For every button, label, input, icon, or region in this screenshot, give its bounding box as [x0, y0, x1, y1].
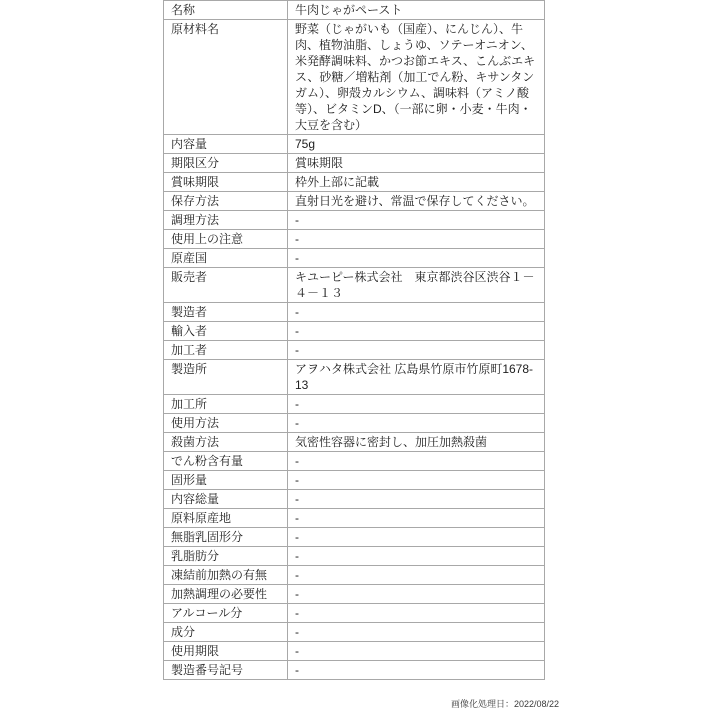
row-label: 使用期限 [164, 642, 288, 661]
row-label: 製造者 [164, 303, 288, 322]
table-row: 販売者 キユーピー株式会社 東京都渋谷区渋谷１－４－１３ [164, 268, 545, 303]
row-value: - [288, 414, 545, 433]
row-value: - [288, 395, 545, 414]
row-label: 成分 [164, 623, 288, 642]
table-row: 凍結前加熱の有無 - [164, 566, 545, 585]
table-row: アルコール分 - [164, 604, 545, 623]
row-value: - [288, 490, 545, 509]
row-label: 名称 [164, 1, 288, 20]
row-label: 使用上の注意 [164, 230, 288, 249]
row-value: - [288, 211, 545, 230]
table-row: 内容総量 - [164, 490, 545, 509]
row-label: 原料原産地 [164, 509, 288, 528]
row-label: 加工者 [164, 341, 288, 360]
row-value: - [288, 566, 545, 585]
table-row: 加工者 - [164, 341, 545, 360]
row-label: 製造番号記号 [164, 661, 288, 680]
table-row: 加工所 - [164, 395, 545, 414]
table-row: 使用方法 - [164, 414, 545, 433]
row-value: - [288, 585, 545, 604]
row-value: - [288, 230, 545, 249]
table-row: 使用期限 - [164, 642, 545, 661]
row-value: - [288, 471, 545, 490]
table-row: 殺菌方法 気密性容器に密封し、加圧加熱殺菌 [164, 433, 545, 452]
table-row: 無脂乳固形分 - [164, 528, 545, 547]
row-value: - [288, 528, 545, 547]
row-value: - [288, 623, 545, 642]
row-value: - [288, 509, 545, 528]
row-label: 無脂乳固形分 [164, 528, 288, 547]
row-label: 調理方法 [164, 211, 288, 230]
row-value: 牛肉じゃがペースト [288, 1, 545, 20]
row-label: 輸入者 [164, 322, 288, 341]
row-value: 枠外上部に記載 [288, 173, 545, 192]
row-label: 製造所 [164, 360, 288, 395]
table-row: 調理方法 - [164, 211, 545, 230]
row-value: 直射日光を避け、常温で保存してください。 [288, 192, 545, 211]
table-row: 原材料名 野菜（じゃがいも（国産）、にんじん）、牛肉、植物油脂、しょうゆ、ソテー… [164, 20, 545, 135]
table-row: 保存方法 直射日光を避け、常温で保存してください。 [164, 192, 545, 211]
table-row: 乳脂肪分 - [164, 547, 545, 566]
image-processed-date: 画像化処理日：2022/08/22 [451, 699, 559, 710]
row-label: アルコール分 [164, 604, 288, 623]
row-value: アヲハタ株式会社 広島県竹原市竹原町1678-13 [288, 360, 545, 395]
table-row: 内容量 75g [164, 135, 545, 154]
row-value: - [288, 341, 545, 360]
table-row: 加熱調理の必要性 - [164, 585, 545, 604]
table-row: でん粉含有量 - [164, 452, 545, 471]
product-info-table-body: 名称 牛肉じゃがペースト 原材料名 野菜（じゃがいも（国産）、にんじん）、牛肉、… [164, 1, 545, 680]
table-row: 輸入者 - [164, 322, 545, 341]
table-row: 期限区分 賞味期限 [164, 154, 545, 173]
table-row: 製造者 - [164, 303, 545, 322]
row-label: 殺菌方法 [164, 433, 288, 452]
table-row: 名称 牛肉じゃがペースト [164, 1, 545, 20]
row-label: 原材料名 [164, 20, 288, 135]
row-label: 内容総量 [164, 490, 288, 509]
table-row: 製造番号記号 - [164, 661, 545, 680]
product-spec-image: 名称 牛肉じゃがペースト 原材料名 野菜（じゃがいも（国産）、にんじん）、牛肉、… [0, 0, 713, 713]
row-value: - [288, 604, 545, 623]
table-row: 固形量 - [164, 471, 545, 490]
row-value: - [288, 661, 545, 680]
row-value: 75g [288, 135, 545, 154]
row-label: 期限区分 [164, 154, 288, 173]
row-value: - [288, 322, 545, 341]
row-value: 気密性容器に密封し、加圧加熱殺菌 [288, 433, 545, 452]
table-row: 成分 - [164, 623, 545, 642]
row-label: 保存方法 [164, 192, 288, 211]
row-label: 凍結前加熱の有無 [164, 566, 288, 585]
row-label: 賞味期限 [164, 173, 288, 192]
row-label: 固形量 [164, 471, 288, 490]
row-value: - [288, 303, 545, 322]
row-value: 賞味期限 [288, 154, 545, 173]
table-row: 使用上の注意 - [164, 230, 545, 249]
table-row: 原料原産地 - [164, 509, 545, 528]
row-value: - [288, 547, 545, 566]
product-info-table: 名称 牛肉じゃがペースト 原材料名 野菜（じゃがいも（国産）、にんじん）、牛肉、… [163, 0, 545, 680]
table-row: 製造所 アヲハタ株式会社 広島県竹原市竹原町1678-13 [164, 360, 545, 395]
row-label: 販売者 [164, 268, 288, 303]
row-value: キユーピー株式会社 東京都渋谷区渋谷１－４－１３ [288, 268, 545, 303]
row-label: 内容量 [164, 135, 288, 154]
table-row: 原産国 - [164, 249, 545, 268]
row-value: - [288, 249, 545, 268]
row-value: 野菜（じゃがいも（国産）、にんじん）、牛肉、植物油脂、しょうゆ、ソテーオニオン、… [288, 20, 545, 135]
row-value: - [288, 452, 545, 471]
row-label: 原産国 [164, 249, 288, 268]
row-label: 使用方法 [164, 414, 288, 433]
table-row: 賞味期限 枠外上部に記載 [164, 173, 545, 192]
row-label: 加工所 [164, 395, 288, 414]
row-value: - [288, 642, 545, 661]
row-label: 加熱調理の必要性 [164, 585, 288, 604]
row-label: でん粉含有量 [164, 452, 288, 471]
row-label: 乳脂肪分 [164, 547, 288, 566]
